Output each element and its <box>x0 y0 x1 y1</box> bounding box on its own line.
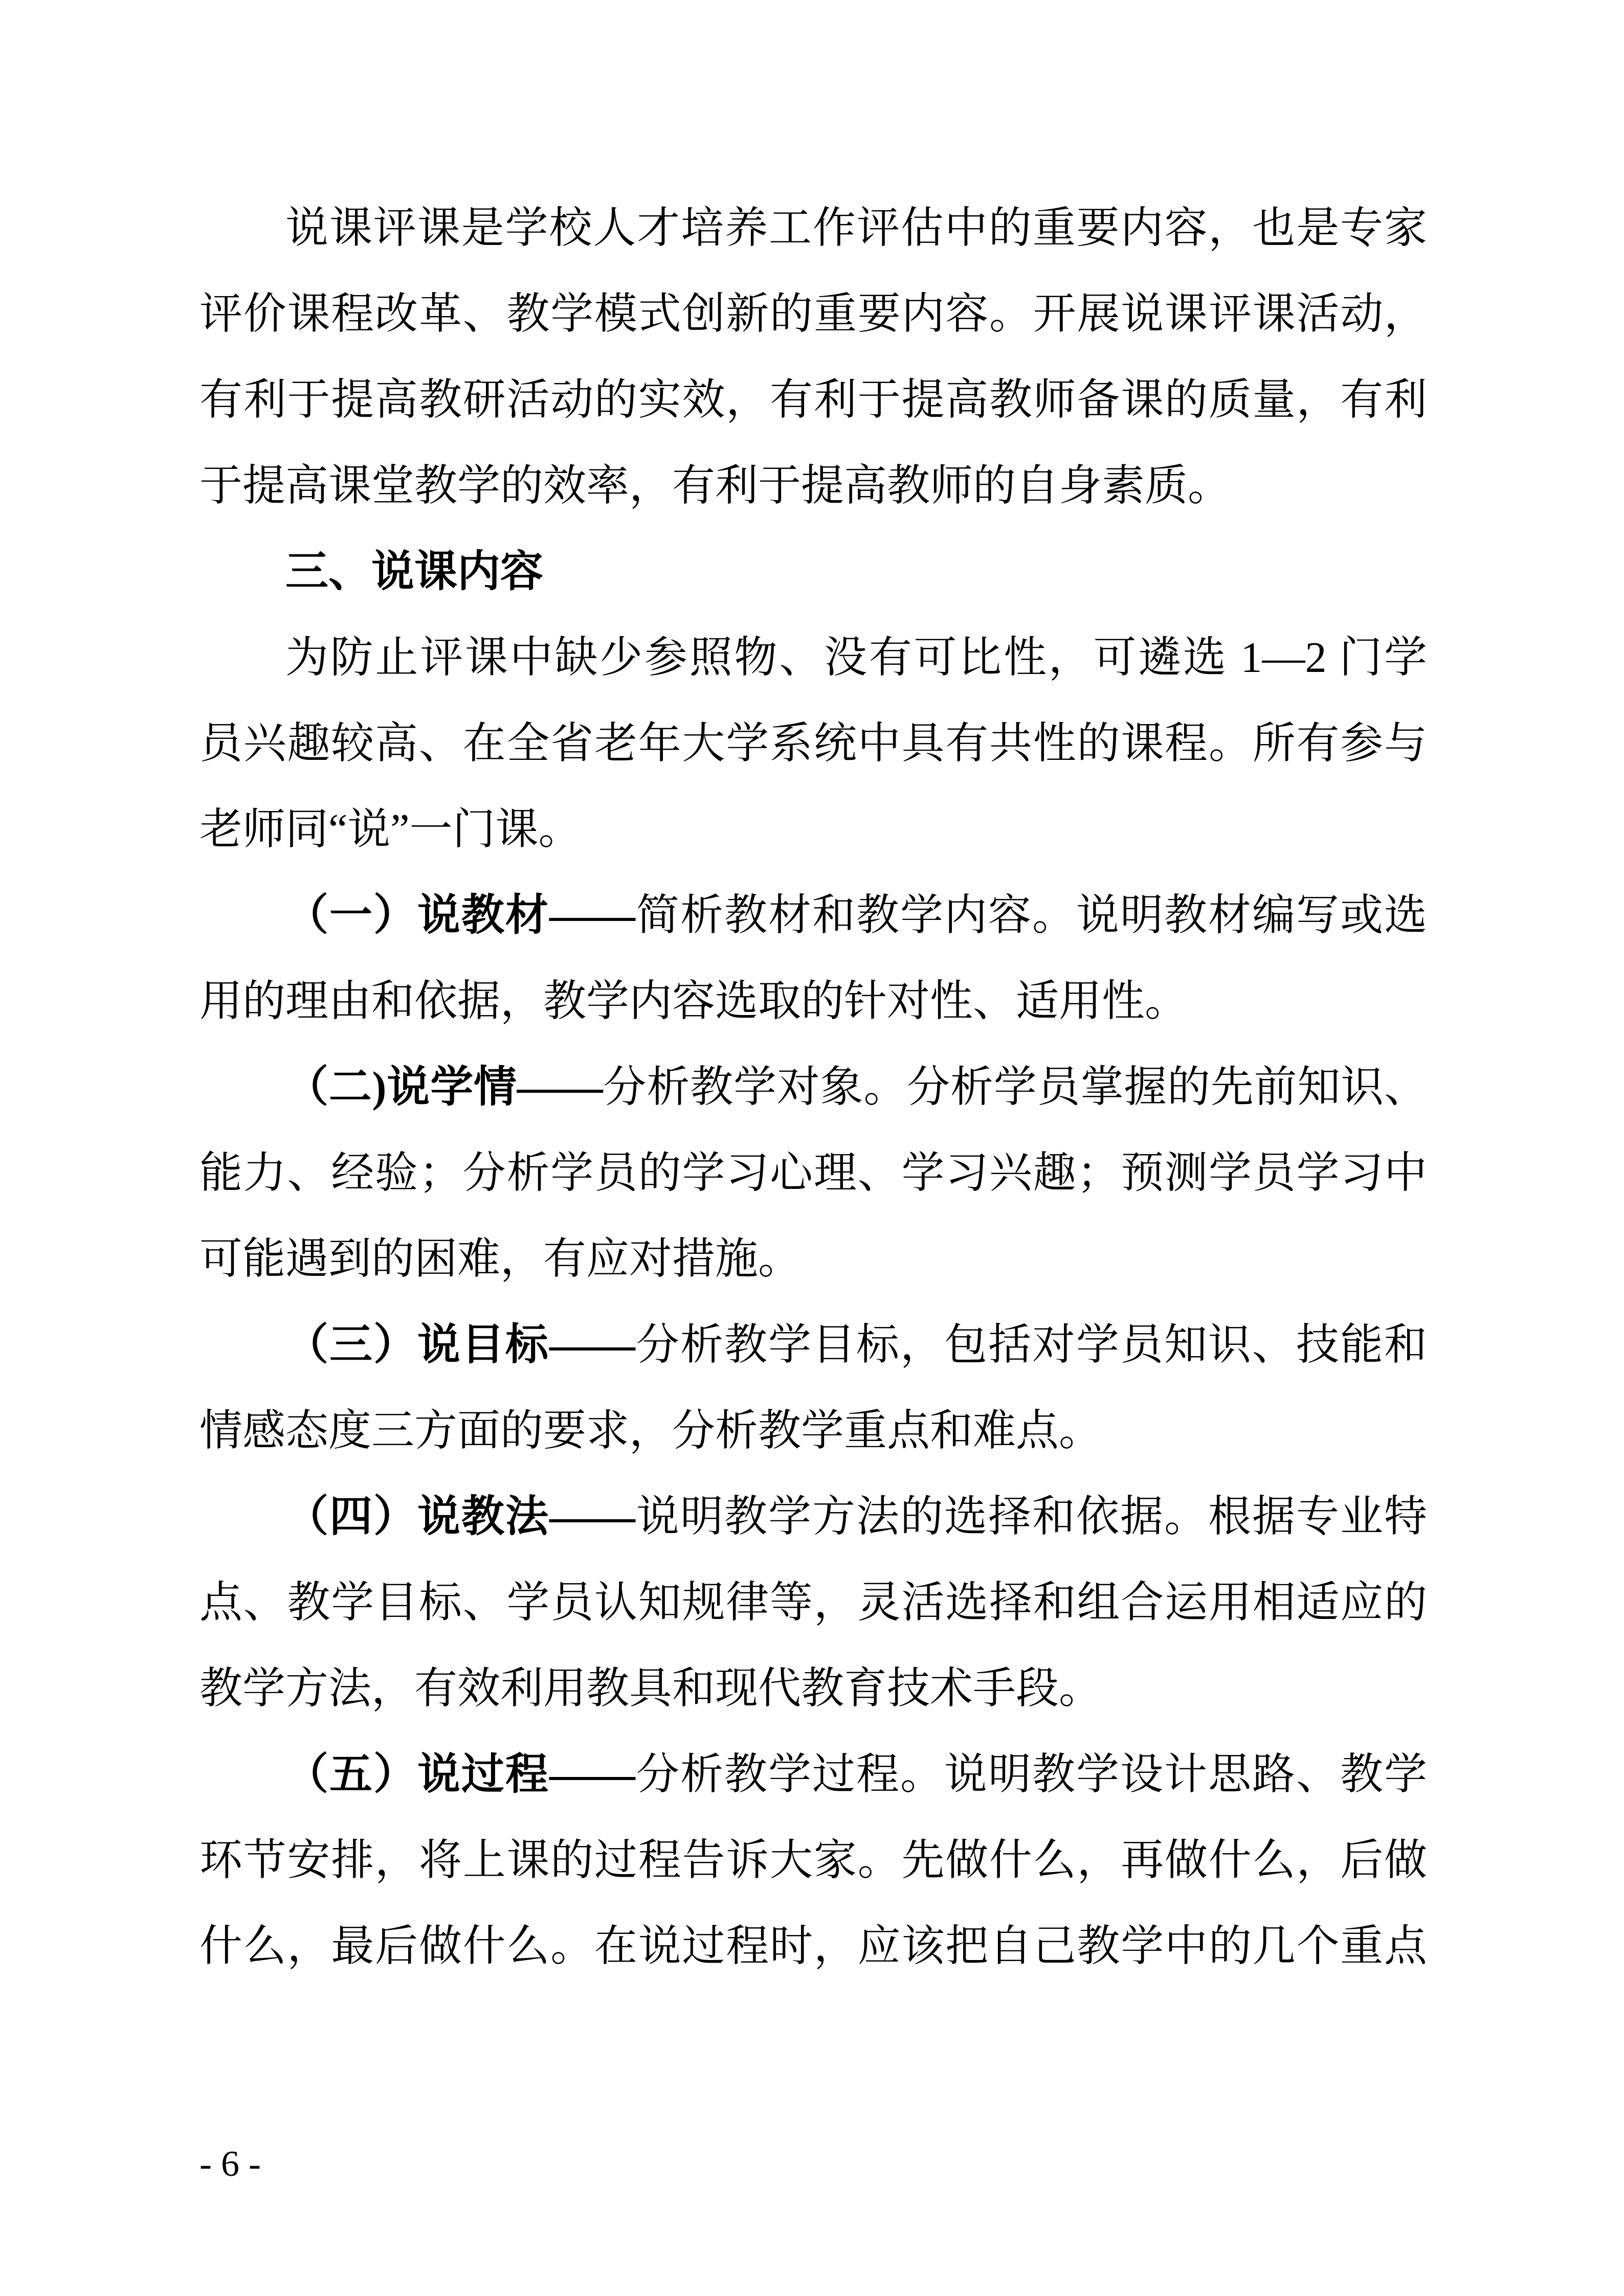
page-number: - 6 - <box>199 2141 261 2187</box>
page: 说课评课是学校人才培养工作评估中的重要内容，也是专家 评价课程改革、教学模式创新… <box>0 0 1624 2296</box>
document-text: 说课评课是学校人才培养工作评估中的重要内容，也是专家 评价课程改革、教学模式创新… <box>199 186 1427 1990</box>
document-line: 可能遇到的困难，有应对措施。 <box>199 1217 1427 1302</box>
item-label: （二)说学情—— <box>285 1064 603 1111</box>
item-label: （一）说教材—— <box>285 892 635 939</box>
document-line: （五）说过程——分析教学过程。说明教学设计思路、教学 <box>199 1732 1427 1818</box>
item-text: 分析教学目标，包括对学员知识、技能和 <box>635 1321 1427 1369</box>
document-line: 点、教学目标、学员认知规律等，灵活选择和组合运用相适应的 <box>199 1560 1427 1646</box>
item-text: 简析教材和教学内容。说明教材编写或选 <box>635 892 1427 939</box>
item-text: 分析教学过程。说明教学设计思路、教学 <box>635 1751 1427 1798</box>
document-line: 能力、经验；分析学员的学习心理、学习兴趣；预测学员学习中 <box>199 1131 1427 1217</box>
document-line: 员兴趣较高、在全省老年大学系统中具有共性的课程。所有参与 <box>199 701 1427 787</box>
document-line: 说课评课是学校人才培养工作评估中的重要内容，也是专家 <box>199 186 1427 272</box>
document-line: 于提高课堂教学的效率，有利于提高教师的自身素质。 <box>199 443 1427 529</box>
document-line: 情感态度三方面的要求，分析教学重点和难点。 <box>199 1388 1427 1474</box>
item-text: 说明教学方法的选择和依据。根据专业特 <box>635 1493 1427 1541</box>
document-line: 用的理由和依据，教学内容选取的针对性、适用性。 <box>199 959 1427 1045</box>
item-text: 分析教学对象。分析学员掌握的先前知识、 <box>603 1064 1427 1111</box>
document-line: 老师同“说”一门课。 <box>199 787 1427 873</box>
document-line: （四）说教法——说明教学方法的选择和依据。根据专业特 <box>199 1474 1427 1560</box>
document-line: 为防止评课中缺少参照物、没有可比性，可遴选 1—2 门学 <box>199 615 1427 701</box>
document-line: 有利于提高教研活动的实效，有利于提高教师备课的质量，有利 <box>199 357 1427 443</box>
document-line: （二)说学情——分析教学对象。分析学员掌握的先前知识、 <box>199 1045 1427 1131</box>
document-line: （三）说目标——分析教学目标，包括对学员知识、技能和 <box>199 1302 1427 1388</box>
item-label: （三）说目标—— <box>285 1321 635 1369</box>
document-line: 环节安排，将上课的过程告诉大家。先做什么，再做什么，后做 <box>199 1818 1427 1904</box>
document-line: 什么，最后做什么。在说过程时，应该把自己教学中的几个重点 <box>199 1904 1427 1990</box>
section-heading: 三、说课内容 <box>199 529 1427 615</box>
item-label: （四）说教法—— <box>285 1493 635 1541</box>
document-line: 教学方法，有效利用教具和现代教育技术手段。 <box>199 1646 1427 1732</box>
item-label: （五）说过程—— <box>285 1751 635 1798</box>
document-line: （一）说教材——简析教材和教学内容。说明教材编写或选 <box>199 873 1427 959</box>
document-line: 评价课程改革、教学模式创新的重要内容。开展说课评课活动， <box>199 272 1427 357</box>
